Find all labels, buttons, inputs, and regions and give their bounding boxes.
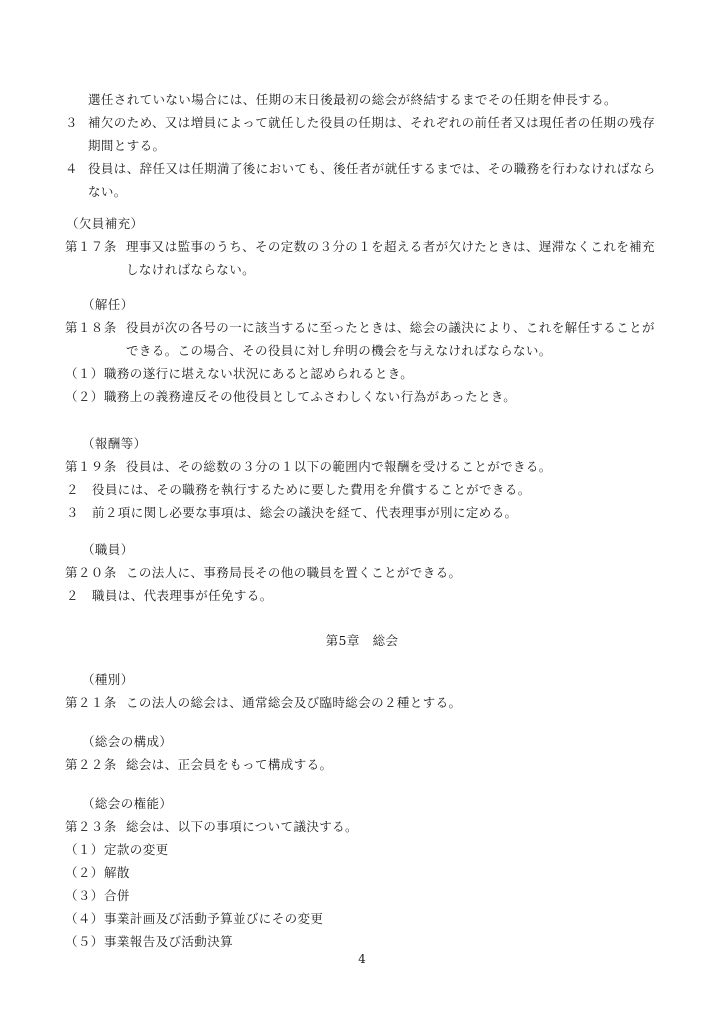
article-23-label: 第２３条 xyxy=(65,819,117,835)
list-item-number: （３） xyxy=(65,888,104,904)
list-item-text: 解散 xyxy=(104,865,130,881)
item-number: ２ xyxy=(66,482,79,498)
article-17-text: 理事又は監事のうち、その定数の３分の１を超える者が欠けたときは、遅滞なくこれを補… xyxy=(126,239,655,255)
item-number: ２ xyxy=(66,588,79,604)
list-item-text: 職務の遂行に堪えない状況にあると認められるとき。 xyxy=(104,366,413,382)
article-22-text: 総会は、正会員をもって構成する。 xyxy=(126,757,332,773)
article-19-heading: （報酬等） xyxy=(82,436,147,452)
article-18-text: 役員が次の各号の一に該当するに至ったときは、総会の議決により、これを解任すること… xyxy=(126,320,655,336)
item-text: 前２項に関し必要な事項は、総会の議決を経て、代表理事が別に定める。 xyxy=(92,505,517,521)
item-text-cont: 期間とする。 xyxy=(88,138,165,154)
article-19-text: 役員は、その総数の３分の１以下の範囲内で報酬を受けることができる。 xyxy=(126,459,552,475)
list-item-number: （４） xyxy=(65,911,104,927)
document-page: 選任されていない場合には、任期の末日後最初の総会が終結するまでその任期を伸長する… xyxy=(0,0,724,1024)
article-23-text: 総会は、以下の事項について議決する。 xyxy=(126,819,358,835)
article-21-text: この法人の総会は、通常総会及び臨時総会の２種とする。 xyxy=(126,695,461,711)
list-item-number: （５） xyxy=(65,934,104,950)
list-item-text: 職務上の義務違反その他役員としてふさわしくない行為があったとき。 xyxy=(104,389,516,405)
article-18-label: 第１８条 xyxy=(65,320,117,336)
list-item-number: （２） xyxy=(65,865,104,881)
item-text: 役員は、辞任又は任期満了後においても、後任者が就任するまでは、その職務を行わなけ… xyxy=(88,161,656,177)
article-18-text-cont: できる。この場合、その役員に対し弁明の機会を与えなければならない。 xyxy=(126,343,552,359)
continuation-line: 選任されていない場合には、任期の末日後最初の総会が終結するまでその任期を伸長する… xyxy=(88,92,617,108)
item-text-cont: ない。 xyxy=(88,184,127,200)
list-item-text: 定款の変更 xyxy=(104,842,169,858)
list-item-text: 事業報告及び活動決算 xyxy=(104,934,233,950)
list-item-number: （１） xyxy=(65,366,104,382)
article-22-heading: （総会の構成） xyxy=(82,734,172,750)
article-17-heading: （欠員補充） xyxy=(66,216,143,232)
page-number: 4 xyxy=(0,952,724,966)
article-21-heading: （種別） xyxy=(82,672,134,688)
list-item-text: 事業計画及び活動予算並びにその変更 xyxy=(104,911,323,927)
article-20-heading: （職員） xyxy=(82,542,134,558)
item-text: 補欠のため、又は増員によって就任した役員の任期は、それぞれの前任者又は現任者の任… xyxy=(88,115,655,131)
item-text: 職員は、代表理事が任免する。 xyxy=(92,588,273,604)
list-item-text: 合併 xyxy=(104,888,130,904)
item-text: 役員には、その職務を執行するために要した費用を弁償することができる。 xyxy=(92,482,531,498)
article-23-heading: （総会の権能） xyxy=(82,796,172,812)
article-20-label: 第２０条 xyxy=(65,565,117,581)
item-number: ３ xyxy=(65,115,78,131)
article-22-label: 第２２条 xyxy=(65,757,117,773)
article-20-text: この法人に、事務局長その他の職員を置くことができる。 xyxy=(126,565,461,581)
article-21-label: 第２１条 xyxy=(65,695,117,711)
article-18-heading: （解任） xyxy=(82,297,134,313)
article-17-label: 第１７条 xyxy=(65,239,117,255)
list-item-number: （２） xyxy=(65,389,104,405)
chapter-title: 第5章 総会 xyxy=(0,633,724,649)
article-19-label: 第１９条 xyxy=(65,459,117,475)
list-item-number: （１） xyxy=(65,842,104,858)
item-number: ３ xyxy=(66,505,79,521)
item-number: ４ xyxy=(65,161,78,177)
article-17-text-cont: しなければならない。 xyxy=(126,262,255,278)
